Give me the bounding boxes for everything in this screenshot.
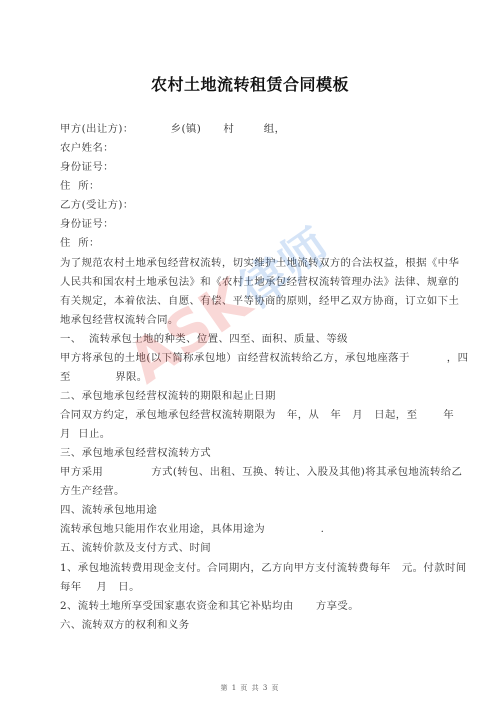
document-title: 农村土地流转租赁合同模板 xyxy=(0,72,500,95)
text-line: 地承包经营权流转合同。 xyxy=(60,313,179,327)
text-line: 为了规范农村土地承包经营权流转，切实维护土地流转双方的合法权益，根据《中华 xyxy=(60,256,440,270)
text-line: 一、 流转承包土地的种类、位置、四至、面积、质量、等级 xyxy=(60,332,348,346)
text-line: 1、承包地流转费用现金支付。合同期内，乙方向甲方支付流转费每年 元。付款时间 xyxy=(60,561,467,575)
text-line: 2、流转土地所享受国家惠农资金和其它补贴均由 方享受。 xyxy=(60,599,359,613)
text-line: 农户姓名： xyxy=(60,141,114,155)
text-line: 五、流转价款及支付方式、时间 xyxy=(60,541,211,555)
text-line: 身份证号： xyxy=(60,160,114,174)
document-page: 农村土地流转租赁合同模板 甲方(出让方)： 乡(镇) 村 组，农户姓名：身份证号… xyxy=(0,0,500,706)
text-line: 有关规定，本着依法、自愿、有偿、平等协商的原则，经甲乙双方协商，订立如下土 xyxy=(60,294,440,308)
text-line: 住 所： xyxy=(60,179,100,193)
text-line: 六、流转双方的权利和义务 xyxy=(60,618,190,632)
text-line: 住 所： xyxy=(60,236,100,250)
text-line: 甲方(出让方)： 乡(镇) 村 组， xyxy=(60,122,285,136)
text-line: 甲方采用 方式(转包、出租、互换、转让、入股及其他)将其承包地流转给乙 xyxy=(60,465,462,479)
text-line: 合同双方约定，承包地承包经营权流转期限为 年，从 年 月 日起，至 年 xyxy=(60,408,454,422)
text-line: 至 界限。 xyxy=(60,370,148,384)
text-line: 人民共和国农村土地承包法》和《农村土地承包经营权流转管理办法》法律、规章的 xyxy=(60,275,440,289)
text-line: 方生产经营。 xyxy=(60,484,125,498)
text-line: 每年 月 日。 xyxy=(60,580,140,594)
text-line: 流转承包地只能用作农业用途，具体用途为 . xyxy=(60,522,324,536)
page-footer: 第 1 页 共 3 页 xyxy=(0,683,500,693)
text-line: 身份证号： xyxy=(60,217,114,231)
text-line: 二、承包地承包经营权流转的期限和起止日期 xyxy=(60,389,276,403)
text-line: 月 日止。 xyxy=(60,427,111,441)
text-line: 甲方将承包的土地(以下简称承包地）亩经营权流转给乙方，承包地座落于 ，四 xyxy=(60,351,468,365)
text-line: 三、承包地承包经营权流转方式 xyxy=(60,446,211,460)
text-line: 四、流转承包地用途 xyxy=(60,503,157,517)
text-line: 乙方(受让方)： xyxy=(60,198,134,212)
